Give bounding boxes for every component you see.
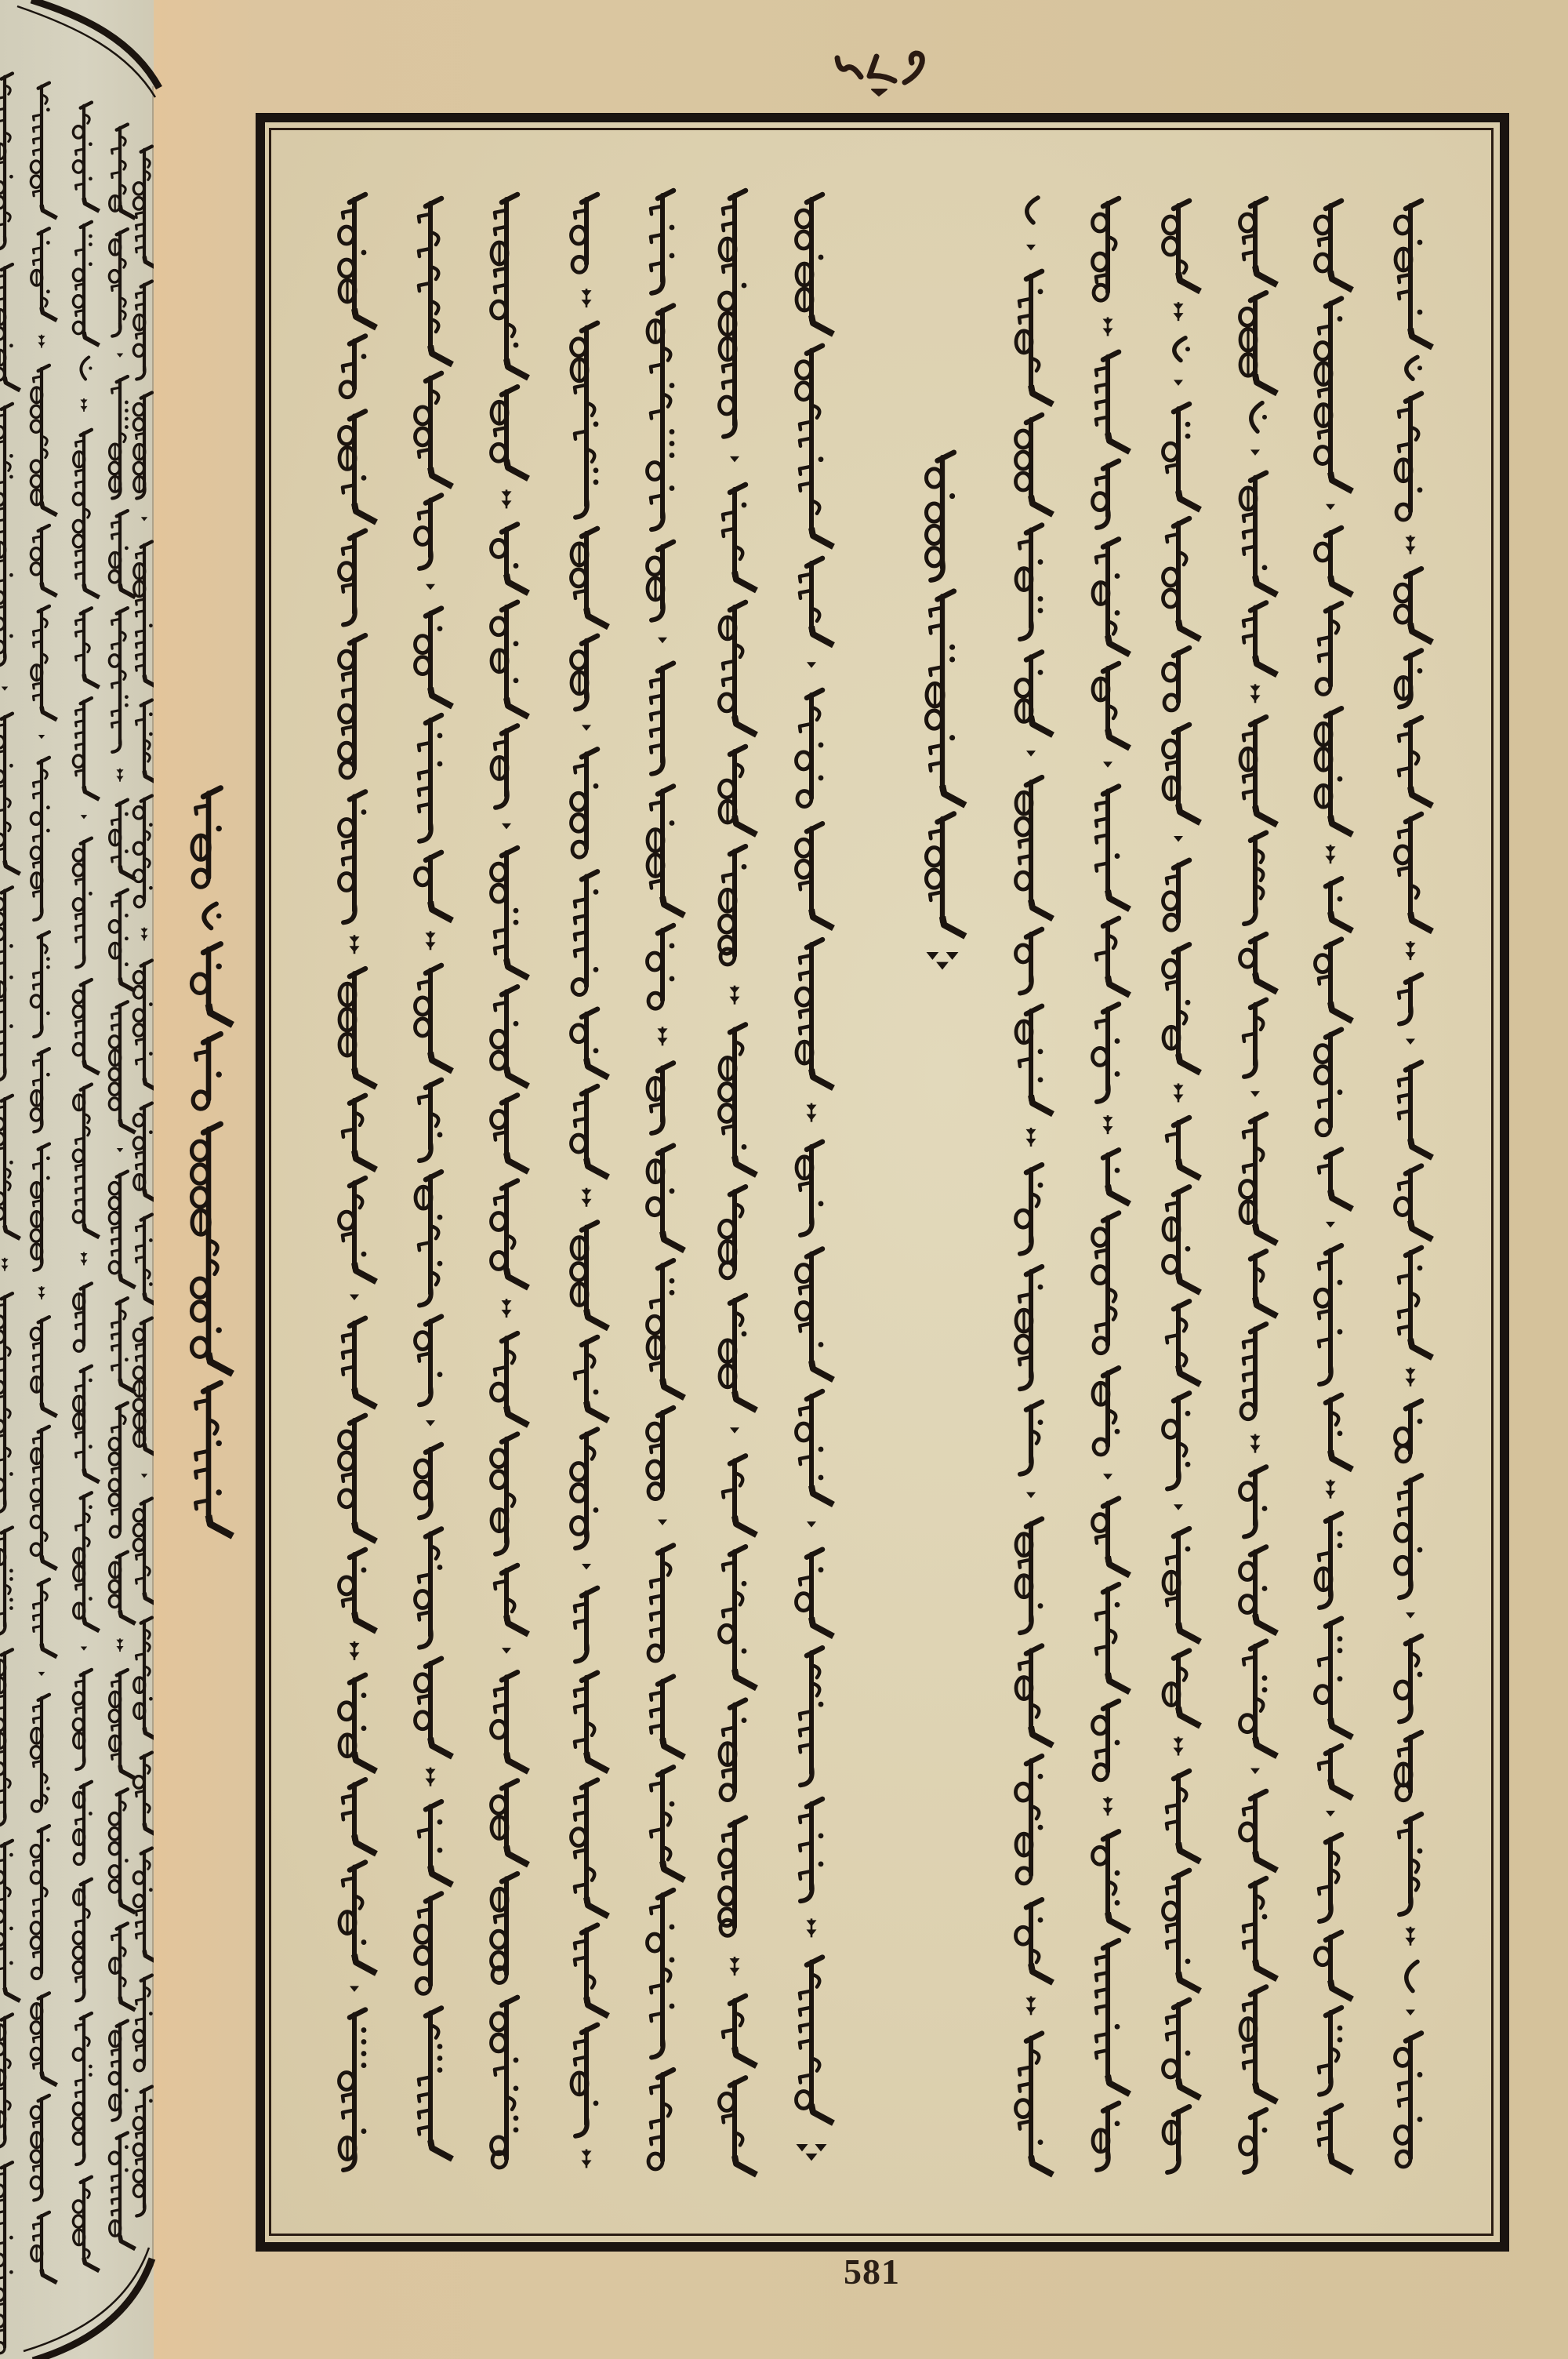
- manchu-word: [204, 904, 221, 929]
- manchu-word: [192, 944, 233, 1025]
- text-frame-inner-border: [269, 128, 1494, 2236]
- manchu-word: [196, 1383, 233, 1536]
- page-number: 581: [844, 2254, 900, 2290]
- book-page-spread: 581: [0, 0, 1568, 2359]
- manchu-word: [193, 1034, 222, 1109]
- left-page-edge: [152, 86, 154, 2266]
- manchu-word: [192, 788, 222, 887]
- page-number-mongolian: [837, 53, 922, 96]
- running-head-column: [192, 788, 233, 1536]
- running-head: [192, 788, 233, 1536]
- manchu-word: [192, 1124, 233, 1374]
- left-page: [0, 0, 154, 2359]
